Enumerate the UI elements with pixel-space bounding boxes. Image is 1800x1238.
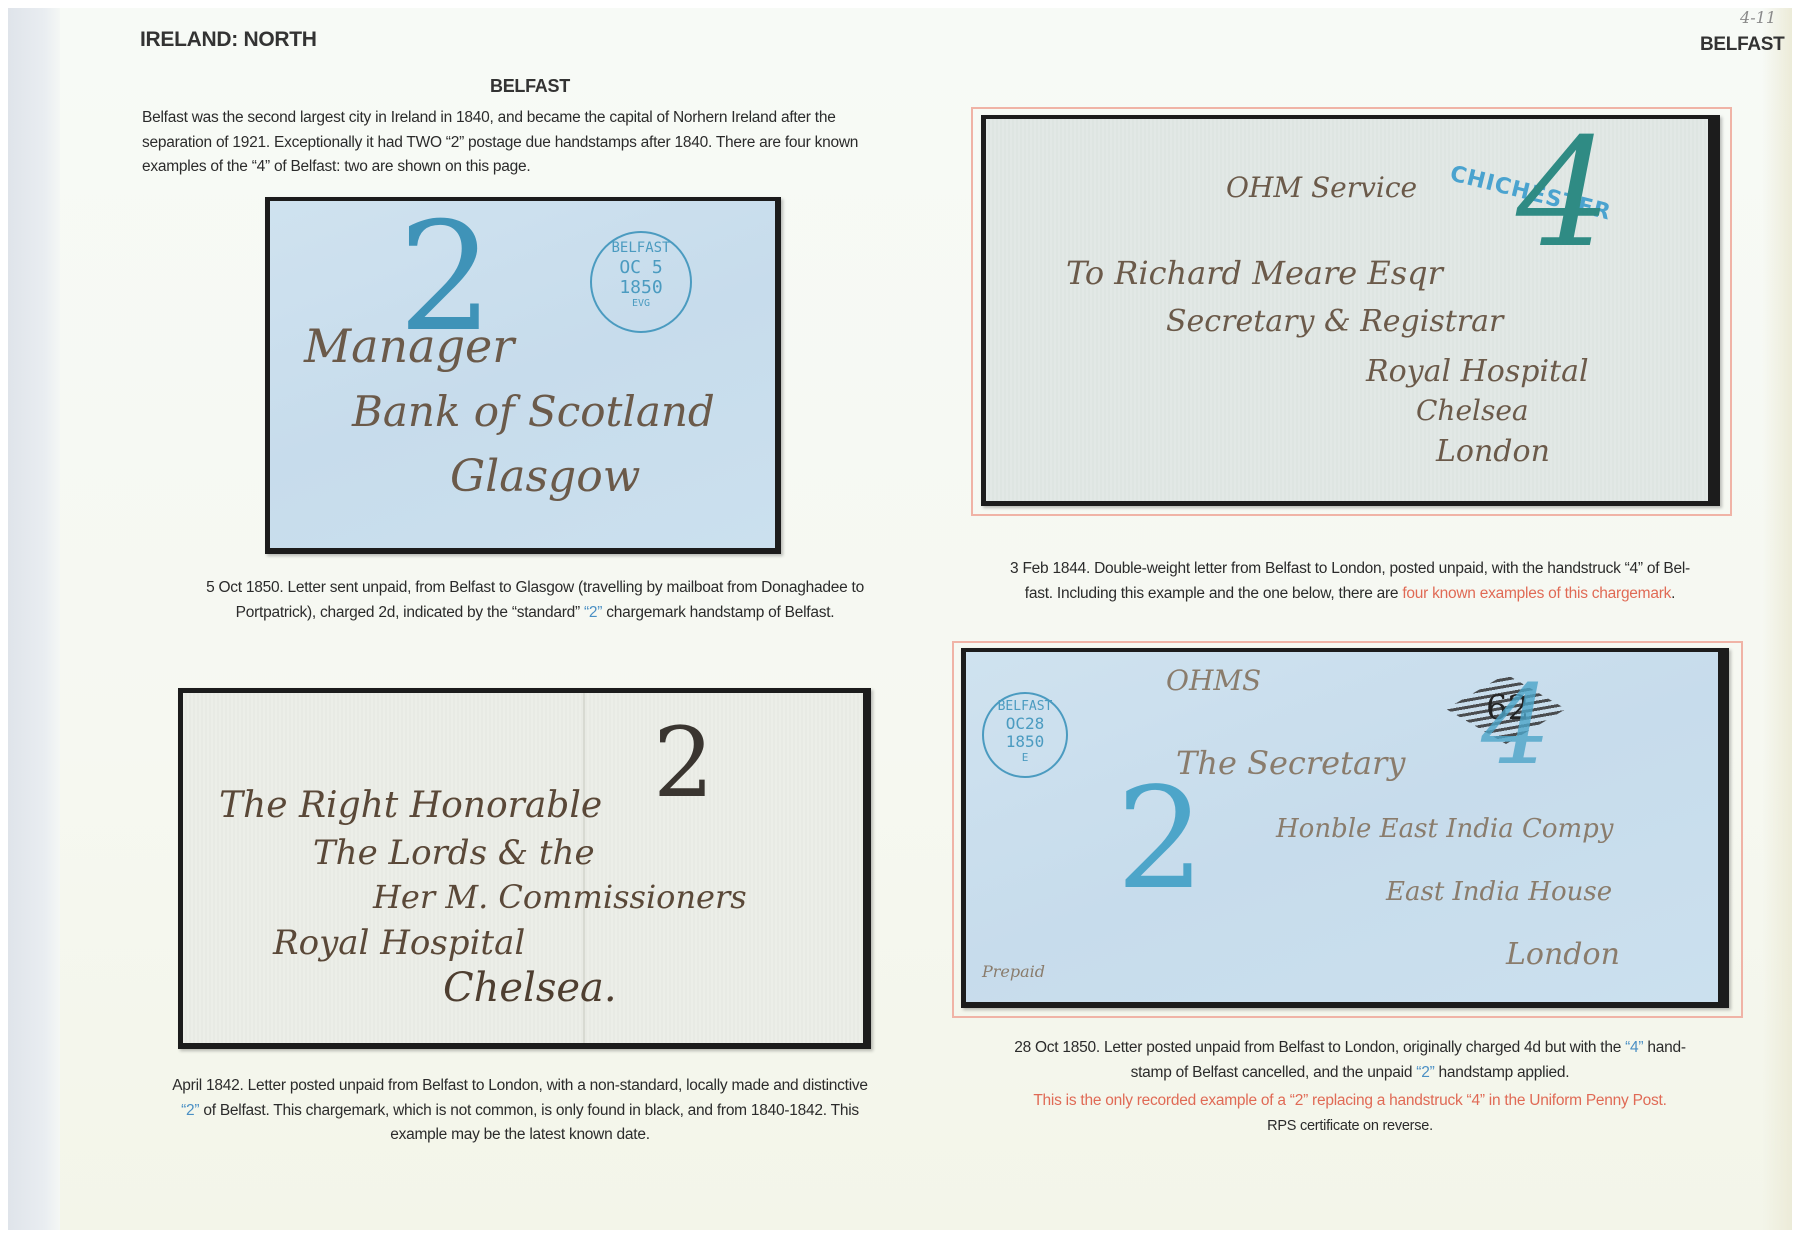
page-heading: BELFAST [490,76,570,97]
note-certificate: RPS certificate on reverse. [960,1114,1740,1139]
address-line: Honble East India Compy [1276,814,1614,844]
section-title: IRELAND: NORTH [140,28,317,52]
address-line: Her M. Commissioners [373,878,747,916]
note-only-recorded: This is the only recorded example of a “… [960,1089,1740,1114]
address-line: East India House [1386,877,1612,907]
chargemark-2: 2 [1116,770,1205,910]
caption-cover-2: 3 Feb 1844. Double-weight letter from Be… [960,557,1740,606]
address-line: London [1436,434,1550,469]
address-line: Royal Hospital [273,923,525,963]
cover-1844-feb-3: CHICHESTER 4 OHM Service To Richard Mear… [986,119,1708,501]
belfast-postmark: BELFAST OC28 1850 E [982,692,1068,778]
caption-cover-3: April 1842. Letter posted unpaid from Be… [125,1074,915,1148]
page-edge [8,8,60,1230]
address-line: Royal Hospital [1366,354,1589,389]
prepaid-annotation: Prepaid [982,962,1045,981]
chargemark-4: 4 [1516,119,1611,269]
address-line: To Richard Meare Esqr [1066,254,1443,292]
belfast-postmark: BELFAST OC 5 1850 EVG [590,231,692,333]
address-line: OHMS [1166,664,1261,697]
address-line: The Lords & the [313,833,595,873]
address-line: Secretary & Registrar [1166,304,1503,339]
page-edge-shadow [1762,8,1792,1230]
address-line: The Right Honorable [219,785,602,826]
intro-paragraph: Belfast was the second largest city in I… [142,106,902,180]
address-line: Glasgow [450,451,640,502]
page-number: 4-11 [1740,8,1776,27]
cover-1850-oct-5: 2 BELFAST OC 5 1850 EVG Manager Bank of … [270,201,775,548]
address-line: London [1506,937,1620,972]
header-right: BELFAST [1700,34,1784,56]
cancelled-chargemark-4: 4 [1481,670,1551,780]
caption-cover-4: 28 Oct 1850. Letter posted unpaid from B… [960,1036,1740,1138]
address-line: Manager [304,319,514,373]
address-line: The Secretary [1176,744,1405,782]
chargemark-2-black: 2 [653,707,714,819]
cover-1842-april: 2 The Right Honorable The Lords & the He… [183,693,863,1043]
address-line: Bank of Scotland [352,387,715,436]
address-line: Chelsea [1416,394,1529,427]
cover-1850-oct-28: BELFAST OC28 1850 E 2 62 4 OHMS The Secr… [966,652,1718,1002]
address-line: OHM Service [1226,171,1417,204]
address-line: Chelsea. [443,965,617,1011]
caption-cover-1: 5 Oct 1850. Letter sent unpaid, from Bel… [140,576,930,625]
